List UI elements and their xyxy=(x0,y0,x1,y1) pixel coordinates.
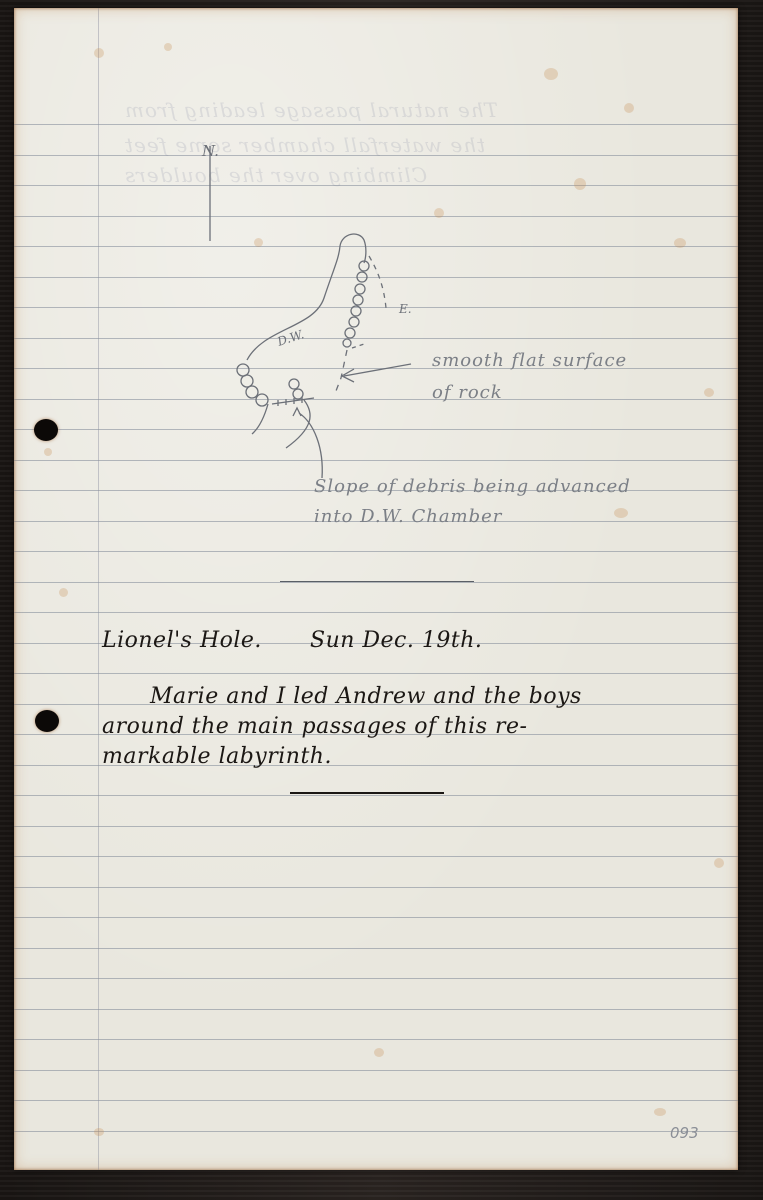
entry-body-line-1: Marie and I led Andrew and the boys xyxy=(150,684,582,709)
svg-text:D.W.: D.W. xyxy=(275,327,306,349)
svg-text:E.: E. xyxy=(398,302,412,316)
annotation-smooth-surface-2: of rock xyxy=(432,382,503,403)
svg-text:N.: N. xyxy=(201,142,219,160)
entry-heading-date: Sun Dec. 19th. xyxy=(310,628,482,653)
annotation-slope-2: into D.W. Chamber xyxy=(314,506,502,527)
entry-end-rule xyxy=(290,792,444,794)
annotation-slope-1: Slope of debris being advanced xyxy=(314,476,631,497)
entry-body-line-2: around the main passages of this re- xyxy=(102,714,527,739)
punch-hole-bottom xyxy=(35,710,59,732)
journal-page: The natural passage leading from the wat… xyxy=(14,8,738,1170)
page-number: 093 xyxy=(670,1124,699,1142)
annotation-smooth-surface-1: smooth flat surface xyxy=(432,350,627,371)
entry-heading-place: Lionel's Hole. xyxy=(102,628,262,653)
entry-body-line-3: markable labyrinth. xyxy=(102,744,332,769)
sketch-divider xyxy=(280,581,474,582)
